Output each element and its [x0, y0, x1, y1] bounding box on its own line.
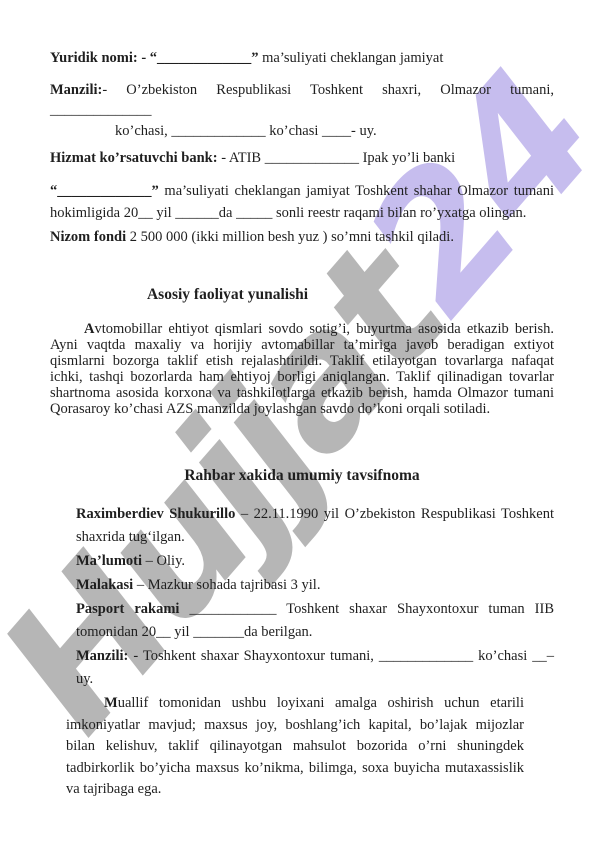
address-line-2: ko’chasi, _____________ ko’chasi ____- u… [50, 121, 554, 141]
leader-address-line: Manzili: - Toshkent shaxar Shayxontoxur … [76, 645, 554, 691]
activity-paragraph: Avtomobillar ehtiyot qismlari sovdo soti… [50, 321, 554, 417]
legal-name-text: ma’suliyati cheklangan jamiyat [259, 50, 444, 66]
charter-fund-text: 2 500 000 (ikki million besh yuz ) so’mn… [126, 229, 454, 245]
leader-address-text: - Toshkent shaxar Shayxontoxur tumani, _… [76, 648, 554, 687]
bank-text: - ATIB _____________ Ipak yo’li banki [218, 150, 456, 166]
education-text: – Oliy. [142, 553, 185, 569]
author-lead-letter: M [104, 695, 118, 711]
author-paragraph: Muallif tomonidan ushbu loyixani amalga … [66, 693, 524, 801]
passport-label: Pasport rakami [76, 601, 179, 617]
qualification-text: – Mazkur sohada tajribasi 3 yil. [133, 577, 320, 593]
passport-line: Pasport rakami ____________ Toshkent sha… [76, 598, 554, 644]
document-content: Yuridik nomi: - “_____________” ma’suliy… [0, 0, 596, 801]
address-label: Manzili: [50, 82, 102, 98]
leader-name-label: Raximberdiev Shukurillo [76, 506, 235, 522]
address-text: - O’zbekiston Respublikasi Toshkent shax… [50, 82, 554, 118]
education-line: Ma’lumoti – Oliy. [76, 550, 554, 573]
legal-name-line: Yuridik nomi: - “_____________” ma’suliy… [50, 48, 554, 68]
address-text-2: ko’chasi, _____________ ko’chasi ____- u… [115, 123, 377, 139]
charter-fund-line: Nizom fondi 2 500 000 (ikki million besh… [50, 226, 554, 248]
education-label: Ma’lumoti [76, 553, 142, 569]
registration-paragraph: “_____________” ma’suliyati cheklangan j… [50, 180, 554, 224]
qualification-line: Malakasi – Mazkur sohada tajribasi 3 yil… [76, 574, 554, 597]
leader-name-line: Raximberdiev Shukurillo – 22.11.1990 yil… [76, 503, 554, 549]
leader-details-block: Raximberdiev Shukurillo – 22.11.1990 yil… [76, 503, 554, 691]
qualification-label: Malakasi [76, 577, 133, 593]
bank-line: Hizmat ko’rsatuvchi bank: - ATIB _______… [50, 148, 554, 168]
registration-blank: “_____________” [50, 183, 159, 199]
legal-name-label: Yuridik nomi: - “_____________” [50, 50, 259, 66]
activity-heading: Asosiy faoliyat yunalishi [50, 284, 405, 305]
leader-heading: Rahbar xakida umumiy tavsifnoma [50, 465, 554, 486]
author-text: uallif tomonidan ushbu loyixani amalga o… [66, 695, 524, 797]
activity-lead-letter: A [84, 321, 94, 337]
activity-text: vtomobillar ehtiyot qismlari sovdo sotig… [50, 321, 554, 417]
leader-address-label: Manzili: [76, 648, 128, 664]
address-line: Manzili:- O’zbekiston Respublikasi Toshk… [50, 80, 554, 120]
bank-label: Hizmat ko’rsatuvchi bank: [50, 150, 218, 166]
charter-fund-label: Nizom fondi [50, 229, 126, 245]
document-page: Hujjat24 Yuridik nomi: - “_____________”… [0, 0, 596, 842]
